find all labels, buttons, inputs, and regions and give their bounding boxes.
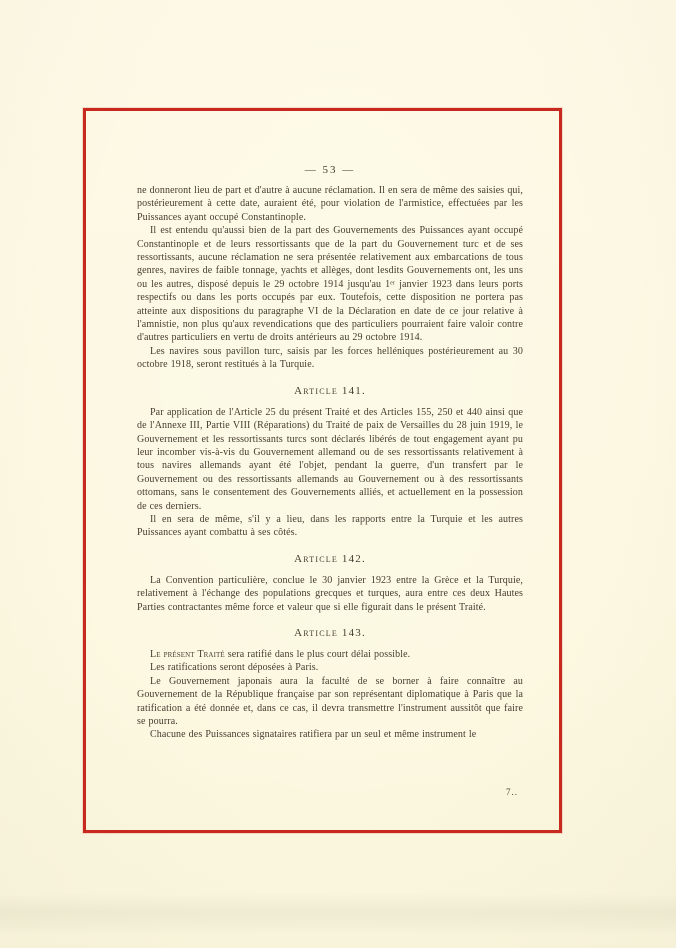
paragraph: ne donneront lieu de part et d'autre à a… [137, 184, 523, 224]
paragraph: Chacune des Puissances signataires ratif… [137, 728, 523, 741]
red-frame: — 53 — ne donneront lieu de part et d'au… [83, 108, 562, 833]
paragraph: Le présent Traité sera ratifié dans le p… [137, 648, 523, 661]
signature-mark: 7.. [506, 787, 518, 797]
article-heading: Article 141. [137, 385, 523, 398]
page-content: — 53 — ne donneront lieu de part et d'au… [86, 111, 559, 830]
paragraph: Il est entendu qu'aussi bien de la part … [137, 224, 523, 345]
page-number: — 53 — [137, 163, 523, 177]
text-column: ne donneront lieu de part et d'autre à a… [137, 184, 523, 742]
paragraph: Les navires sous pavillon turc, saisis p… [137, 345, 523, 372]
paragraph: Par application de l'Article 25 du prése… [137, 406, 523, 513]
bottom-scan-shadow [0, 893, 676, 935]
paragraph: La Convention particulière, conclue le 3… [137, 574, 523, 614]
paragraph: Le Gouvernement japonais aura la faculté… [137, 675, 523, 729]
article-heading: Article 142. [137, 553, 523, 566]
smallcaps-lead: Le présent Traité [150, 649, 225, 660]
scanned-page: { "page": { "number_display": "— 53 —", … [0, 0, 676, 948]
paragraph: Les ratifications seront déposées à Pari… [137, 661, 523, 674]
paragraph: Il en sera de même, s'il y a lieu, dans … [137, 513, 523, 540]
article-heading: Article 143. [137, 627, 523, 640]
